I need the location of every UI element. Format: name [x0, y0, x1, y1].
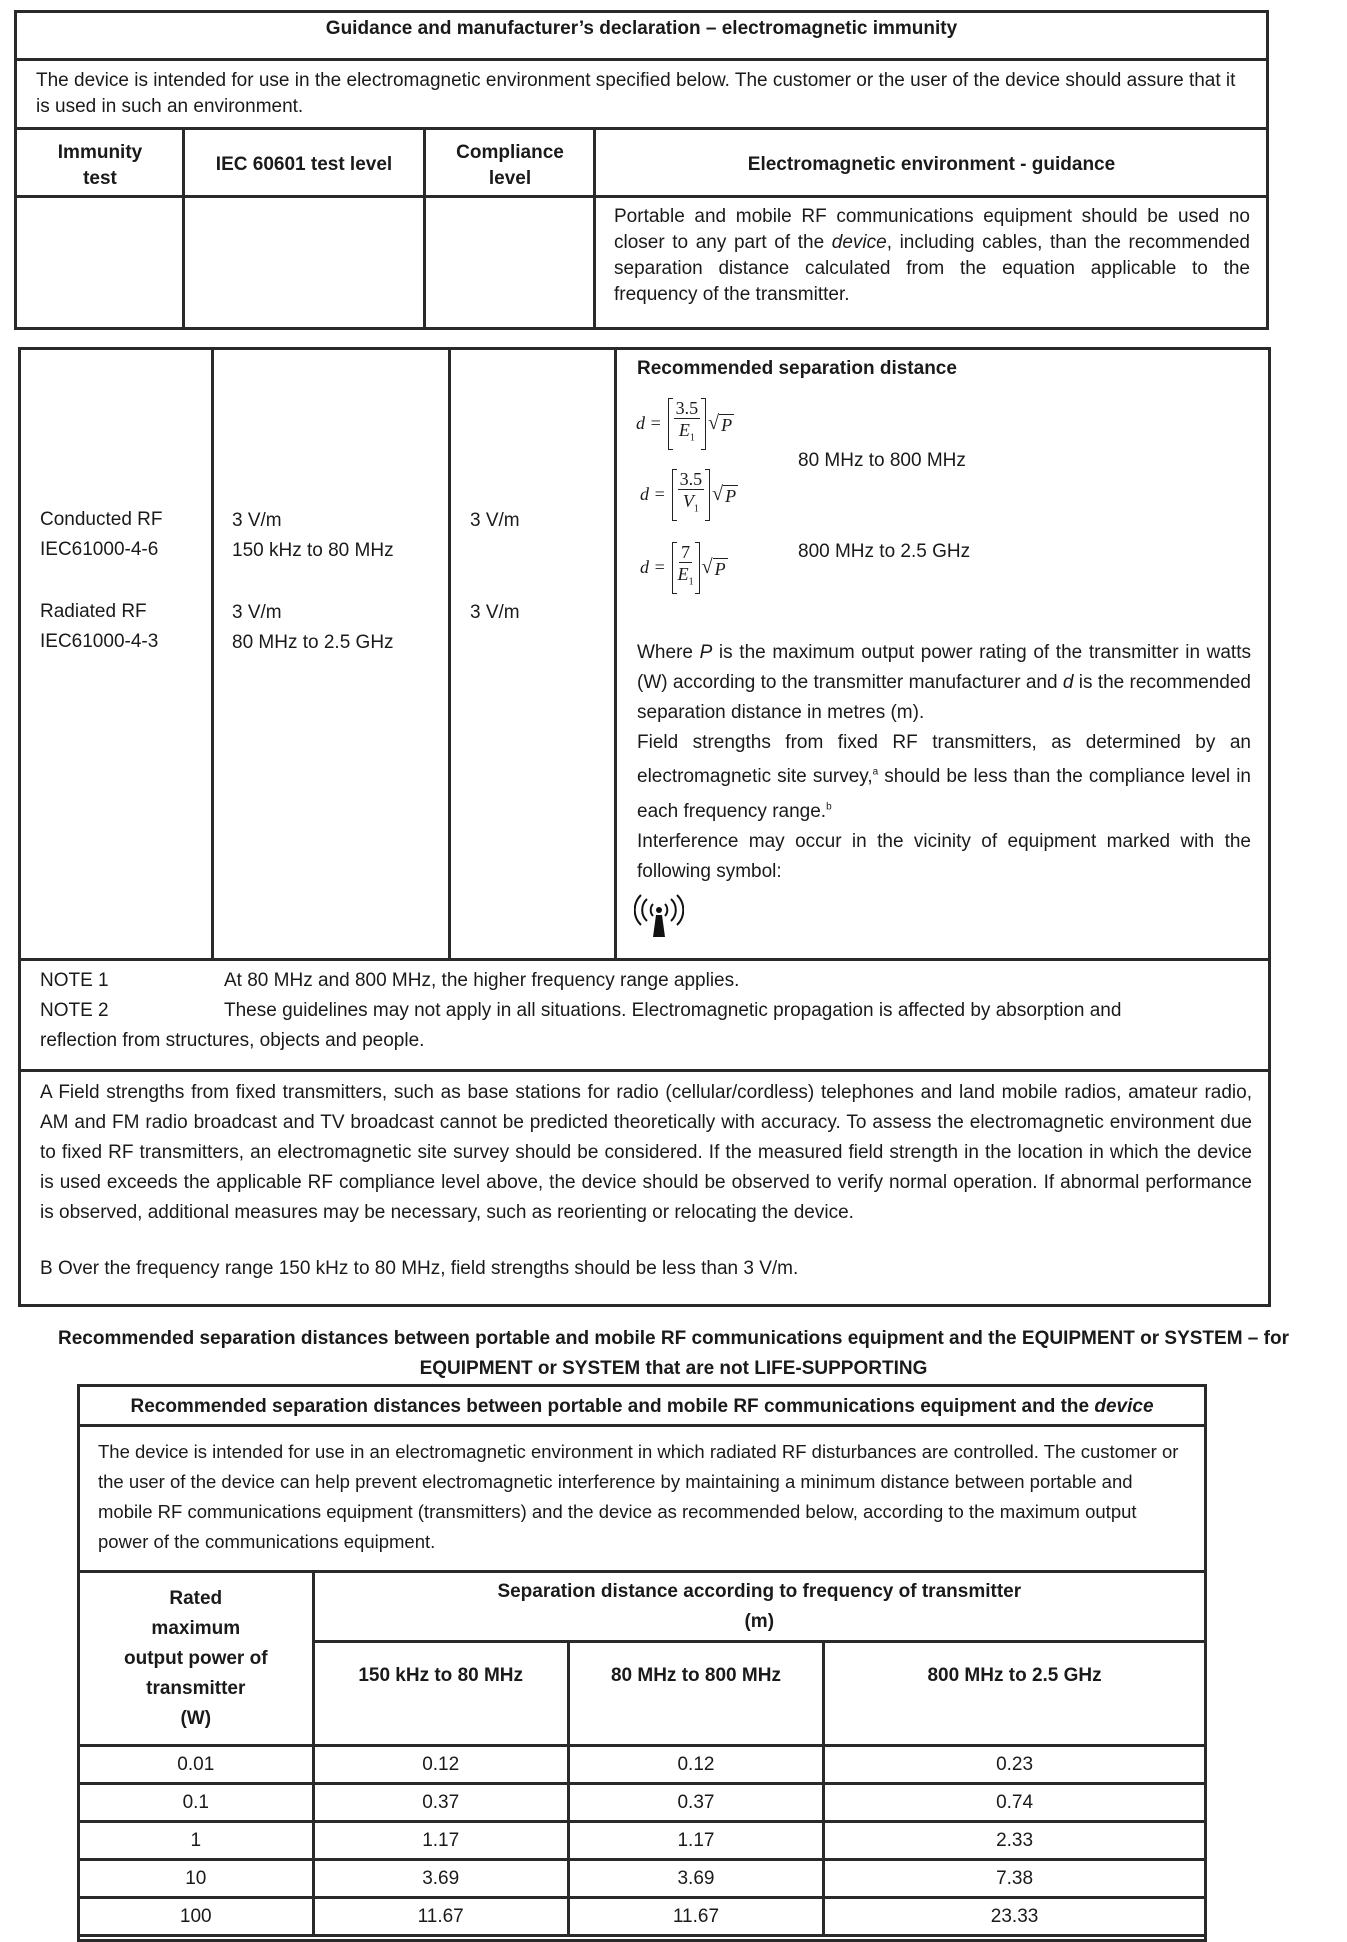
- table-cell: 0.23: [824, 1746, 1206, 1784]
- recommended-separation-heading: Recommended separation distance: [637, 358, 957, 380]
- table-cell: 1.17: [568, 1822, 823, 1860]
- distance-header: Separation distance according to frequen…: [313, 1572, 1205, 1642]
- immunity-table-title: Guidance and manufacturer’s declaration …: [14, 18, 1269, 40]
- separation-section-heading: Recommended separation distances between…: [0, 1324, 1347, 1384]
- table-cell: 1: [79, 1822, 314, 1860]
- footnote-a: A Field strengths from fixed transmitter…: [40, 1078, 1252, 1228]
- table-cell: 0.12: [568, 1746, 823, 1784]
- radiated-rf-compliance: 3 V/m: [470, 598, 600, 628]
- column-header: 150 kHz to 80 MHz: [313, 1642, 568, 1746]
- table-cell: 100: [79, 1898, 314, 1936]
- table-cell: 23.33: [824, 1898, 1206, 1936]
- interference-text: Interference may occur in the vicinity o…: [637, 831, 1251, 882]
- separation-description: The device is intended for use in an ele…: [98, 1437, 1188, 1557]
- note-1: NOTE 1At 80 MHz and 800 MHz, the higher …: [40, 966, 1255, 996]
- separation-distance-table: Ratedmaximumoutput power oftransmitter(W…: [77, 1570, 1207, 1937]
- header-guidance: Electromagnetic environment - guidance: [594, 154, 1269, 176]
- formula-range-800-2500: 800 MHz to 2.5 GHz: [798, 541, 970, 563]
- power-header-line: Rated: [80, 1584, 312, 1614]
- conducted-rf-name: Conducted RF: [40, 505, 200, 535]
- note-2: NOTE 2These guidelines may not apply in …: [40, 996, 1255, 1026]
- power-header-line: maximum: [80, 1614, 312, 1644]
- formula-range-80-800: 80 MHz to 800 MHz: [798, 450, 966, 472]
- table-cell: 7.38: [824, 1860, 1206, 1898]
- radiated-rf-range: 80 MHz to 2.5 GHz: [232, 628, 442, 658]
- radiated-rf-level-value: 3 V/m: [232, 598, 442, 628]
- table-cell: 0.74: [824, 1784, 1206, 1822]
- notes-block: NOTE 1At 80 MHz and 800 MHz, the higher …: [40, 966, 1255, 1056]
- formula-v1-3-5: d = 3.5 V1 √P: [640, 469, 738, 521]
- table-cell: 2.33: [824, 1822, 1206, 1860]
- conducted-rf-compliance: 3 V/m: [470, 506, 600, 536]
- power-header-line: output power of: [80, 1644, 312, 1674]
- table-cell: 0.37: [568, 1784, 823, 1822]
- table-cell: 3.69: [568, 1860, 823, 1898]
- portable-guidance-text: Portable and mobile RF communications eq…: [614, 204, 1250, 308]
- table-cell: 3.69: [313, 1860, 568, 1898]
- radiated-rf-name: Radiated RF: [40, 597, 200, 627]
- power-header-line: transmitter: [80, 1674, 312, 1704]
- header-compliance-level: Compliance level: [440, 140, 580, 192]
- radiated-rf-test: Radiated RF IEC61000-4-3: [40, 597, 200, 657]
- table-cell: 1.17: [313, 1822, 568, 1860]
- table-cell: 10: [79, 1860, 314, 1898]
- non-ionizing-radiation-icon: [634, 893, 684, 941]
- table-row: 11.171.172.33: [79, 1822, 1206, 1860]
- table-cell: 11.67: [568, 1898, 823, 1936]
- portable-guidance-device: device: [832, 232, 887, 253]
- conducted-rf-level: 3 V/m 150 kHz to 80 MHz: [232, 506, 442, 566]
- column-header: 800 MHz to 2.5 GHz: [824, 1642, 1206, 1746]
- table-row: 0.010.120.120.23: [79, 1746, 1206, 1784]
- table-cell: 0.1: [79, 1784, 314, 1822]
- table-row: 103.693.697.38: [79, 1860, 1206, 1898]
- radiated-rf-std: IEC61000-4-3: [40, 627, 200, 657]
- radiated-rf-level: 3 V/m 80 MHz to 2.5 GHz: [232, 598, 442, 658]
- note-2-continuation: reflection from structures, objects and …: [40, 1026, 1255, 1056]
- power-header-line: (W): [80, 1704, 312, 1734]
- power-header: Ratedmaximumoutput power oftransmitter(W…: [79, 1572, 314, 1746]
- table-cell: 0.12: [313, 1746, 568, 1784]
- separation-table-title: Recommended separation distances between…: [77, 1396, 1207, 1418]
- footnote-b: B Over the frequency range 150 kHz to 80…: [40, 1254, 1252, 1284]
- conducted-rf-level-value: 3 V/m: [232, 506, 442, 536]
- table-cell: 0.37: [313, 1784, 568, 1822]
- table-row: 0.10.370.370.74: [79, 1784, 1206, 1822]
- table-cell: 11.67: [313, 1898, 568, 1936]
- conducted-rf-range: 150 kHz to 80 MHz: [232, 536, 442, 566]
- where-explanation: Where P is the maximum output power rati…: [637, 638, 1251, 887]
- column-header: 80 MHz to 800 MHz: [568, 1642, 823, 1746]
- header-immunity-test: Immunity test: [40, 140, 160, 192]
- table-cell: 0.01: [79, 1746, 314, 1784]
- table-row: 10011.6711.6723.33: [79, 1898, 1206, 1936]
- formula-e1-7: d = 7 E1 √P: [640, 542, 728, 594]
- conducted-rf-std: IEC61000-4-6: [40, 535, 200, 565]
- header-iec-level: IEC 60601 test level: [184, 154, 424, 176]
- immunity-table-intro: The device is intended for use in the el…: [36, 68, 1246, 120]
- conducted-rf-test: Conducted RF IEC61000-4-6: [40, 505, 200, 565]
- formula-e1-3-5: d = 3.5 E1 √P: [636, 398, 734, 450]
- field-strength-text: Field strengths from fixed RF transmitte…: [637, 732, 1251, 822]
